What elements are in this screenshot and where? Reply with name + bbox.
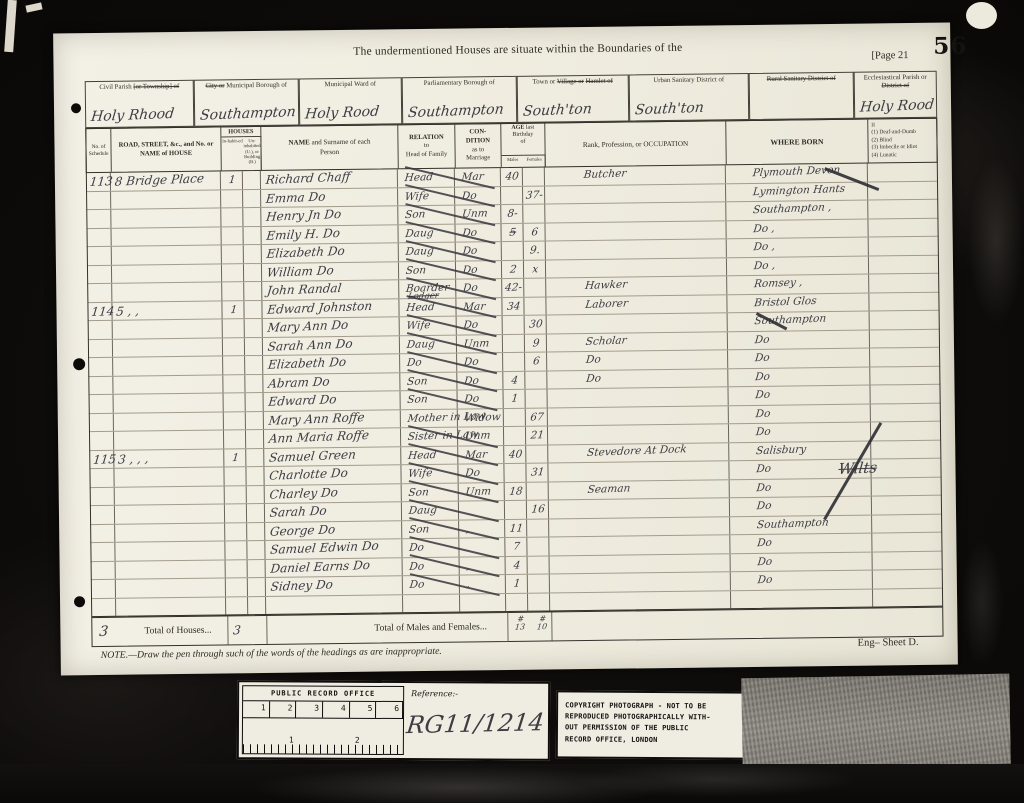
cell-am: 1 <box>506 575 528 593</box>
cell-uninhab <box>245 337 263 355</box>
total-males-females-label: Total of Males and Females... <box>374 622 487 633</box>
sheet-number-stamp: 56 <box>933 32 967 59</box>
cell-uninhab <box>246 430 264 448</box>
footnote: NOTE.—Draw the pen through such of the w… <box>101 646 442 661</box>
cell-am <box>504 427 526 445</box>
cell-road <box>113 356 223 375</box>
cell-uninhab <box>247 522 265 540</box>
pro-ruler-box: PUBLIC RECORD OFFICE 123456 1 2 <box>242 685 404 755</box>
ruler-number: 3 <box>296 701 323 717</box>
cell-sched <box>88 358 113 376</box>
cell-af <box>525 389 547 407</box>
district-box: Urban Sanitary District ofSouth'ton <box>629 73 750 121</box>
cell-text: 1 <box>221 171 244 187</box>
cell-uninhab <box>243 226 261 244</box>
cell-occ: Laborer <box>546 295 727 315</box>
cell-cond: Mar <box>455 168 501 186</box>
page-number-label: [Page 21 <box>871 50 908 61</box>
cell-af <box>528 574 550 592</box>
cell-text: 9. <box>524 241 547 257</box>
cell-am <box>506 593 528 611</box>
cell-cond: Unm <box>458 427 504 445</box>
cell-road <box>114 393 224 412</box>
cell-disab <box>872 514 942 532</box>
header-where-born: WHERE BORN <box>726 120 869 165</box>
cell-am: 42- <box>502 279 524 297</box>
cell-uninhab <box>247 485 265 503</box>
cell-sched <box>89 469 114 487</box>
cell-text: 40 <box>501 167 524 183</box>
cell-inhab <box>223 356 245 374</box>
cell-uninhab <box>248 578 266 596</box>
district-box-value: Holy Rood <box>304 104 380 123</box>
cell-af <box>524 278 546 296</box>
cell-uninhab <box>245 319 263 337</box>
cell-sched <box>91 580 116 598</box>
cell-cond: , <box>459 520 505 538</box>
cell-road <box>114 412 224 431</box>
cell-uninhab <box>245 374 263 392</box>
cell-cond: Do <box>457 372 503 390</box>
cell-rel <box>403 594 460 612</box>
punch-dot <box>74 596 85 607</box>
cell-text: 5 <box>502 223 525 239</box>
district-box-value: South'ton <box>522 101 592 120</box>
cell-sched <box>90 487 115 505</box>
cell-am <box>504 408 526 426</box>
totals-divider <box>507 612 551 641</box>
cell-uninhab <box>246 448 264 466</box>
cell-text: Do <box>456 259 503 276</box>
header-occupation: Rank, Profession, or OCCUPATION <box>545 121 727 166</box>
cell-text: 37- <box>523 185 546 201</box>
cell-af <box>528 593 550 611</box>
header-road: ROAD, STREET, &c., and No. or NAME of HO… <box>111 127 222 171</box>
district-box-value: Southampton <box>199 104 296 124</box>
cell-disab <box>868 181 938 199</box>
cell-uninhab <box>247 504 265 522</box>
copyright-stamp: COPYRIGHT PHOTOGRAPH - NOT TO BEREPRODUC… <box>556 690 746 759</box>
cell-sched <box>90 524 115 542</box>
cell-cond: Do <box>456 279 502 297</box>
cell-af: 30 <box>525 315 547 333</box>
cell-road <box>116 597 226 616</box>
cell-inhab <box>223 319 245 337</box>
cell-inhab <box>225 541 247 559</box>
cell-cond: Do <box>456 261 502 279</box>
header-females: Females <box>524 154 546 166</box>
cell-cond <box>460 594 506 612</box>
header-schedule: No. of Schedule <box>86 129 112 172</box>
cell-road <box>115 541 225 560</box>
cell-uninhab <box>244 245 262 263</box>
cell-text: 1 <box>506 574 529 590</box>
cell-disab <box>868 218 938 236</box>
table-body: 1138 Bridge Place1Richard ChaffHeadMar40… <box>53 23 950 34</box>
cell-af: 6 <box>525 352 547 370</box>
ruler-number: 5 <box>350 702 377 718</box>
cell-road: 8 Bridge Place <box>111 171 221 190</box>
form-title: The undermentioned Houses are situate wi… <box>353 42 682 58</box>
cell-af <box>527 482 549 500</box>
cell-occ <box>545 202 726 222</box>
cell-road <box>111 227 221 246</box>
cell-sched <box>88 376 113 394</box>
cell-text: Do <box>459 463 506 480</box>
cell-road <box>115 504 225 523</box>
cell-road <box>112 245 222 264</box>
punch-dot <box>73 358 85 370</box>
cell-text: , <box>460 574 507 591</box>
cell-text: 114 <box>88 302 114 319</box>
cell-disab <box>873 570 943 588</box>
cell-inhab: 1 <box>224 449 246 467</box>
cell-text: 40 <box>504 445 527 461</box>
district-box-label: Urban Sanitary District of <box>630 74 748 86</box>
cell-inhab <box>224 412 246 430</box>
cell-af: 6 <box>523 223 545 241</box>
cell-occ <box>549 498 730 518</box>
district-box-label: Town or Village or Hamlet of <box>518 75 628 87</box>
cell-text: 1 <box>224 448 247 464</box>
ruler-ticks: 1 2 <box>243 731 403 754</box>
cell-name <box>266 595 403 614</box>
cell-am: 2 <box>502 260 524 278</box>
cell-text: Do <box>457 352 504 369</box>
cell-text: 34 <box>503 297 526 313</box>
cell-cond: Widow <box>458 409 504 427</box>
cell-cond: , <box>460 557 506 575</box>
totals-schedule-count: 3 <box>99 624 110 640</box>
cell-am <box>501 186 523 204</box>
cell-cond <box>459 538 505 556</box>
cell-inhab <box>224 467 246 485</box>
cell-inhab <box>225 523 247 541</box>
district-box-value: Southampton <box>407 102 504 122</box>
cell-af: 16 <box>527 500 549 518</box>
cell-af: 67 <box>526 408 548 426</box>
cell-text: 8- <box>501 204 524 220</box>
district-box: Ecclesiastical Parish or District ofHoly… <box>854 71 938 119</box>
cell-am <box>503 334 525 352</box>
cell-uninhab <box>246 411 264 429</box>
cell-sched <box>87 284 112 302</box>
cell-af <box>527 537 549 555</box>
cell-text: Unm <box>459 481 506 498</box>
cell-sched <box>87 247 112 265</box>
cell-am: 40 <box>501 168 523 186</box>
cell-occ: Butcher <box>545 165 726 185</box>
cell-af: 31 <box>526 463 548 481</box>
cell-sched <box>87 265 112 283</box>
header-inhabited: In-habit-ed <box>221 136 243 170</box>
cell-text: Do <box>456 222 503 239</box>
cell-uninhab <box>248 596 266 614</box>
ruler-sub-number: 2 <box>355 736 360 745</box>
cell-af: 9. <box>524 242 546 260</box>
totals-divider <box>227 616 267 644</box>
cell-am: 18 <box>505 482 527 500</box>
cell-text: 115 <box>89 450 115 467</box>
cell-cond: Do <box>458 390 504 408</box>
district-box-label: Rural Sanitary District of <box>750 73 853 85</box>
cell-text: 1 <box>223 300 246 316</box>
cell-am: 40 <box>504 445 526 463</box>
cell-rel: Son <box>401 391 458 409</box>
cell-road <box>113 375 223 394</box>
cell-inhab <box>221 227 243 245</box>
cell-uninhab <box>243 171 261 189</box>
cell-disab <box>872 533 942 551</box>
cell-text: 4 <box>506 556 529 572</box>
scan-paper-sliver <box>4 0 17 52</box>
ruler-number: 1 <box>243 701 270 717</box>
cell-occ: Seaman <box>549 480 730 500</box>
cell-disab <box>869 255 939 273</box>
cell-am <box>504 464 526 482</box>
cell-am: 11 <box>505 519 527 537</box>
cell-disab <box>871 403 941 421</box>
ruler-number: 6 <box>376 702 403 718</box>
cell-occ <box>548 406 729 426</box>
cell-text: Unm <box>457 333 504 350</box>
cell-road <box>113 338 223 357</box>
cell-inhab <box>221 208 243 226</box>
cell-inhab: 1 <box>222 301 244 319</box>
cell-disab <box>870 366 940 384</box>
cell-disab <box>869 237 939 255</box>
cell-occ <box>550 572 731 592</box>
cell-sched <box>91 598 116 616</box>
cell-disab <box>868 200 938 218</box>
cell-occ <box>545 221 726 241</box>
cell-text: 21 <box>526 426 549 442</box>
cell-text: Do <box>457 315 504 332</box>
ruler-number: 4 <box>323 702 350 718</box>
cell-road <box>115 523 225 542</box>
district-box-label: Ecclesiastical Parish or District of <box>855 72 936 92</box>
cell-cond: Unm <box>457 335 503 353</box>
cell-text: , <box>460 555 507 572</box>
punch-dot <box>71 103 81 113</box>
cell-uninhab <box>245 356 263 374</box>
cell-inhab <box>225 504 247 522</box>
cell-occ: Do <box>547 369 728 389</box>
reference-label: Reference:- <box>411 689 458 698</box>
cell-born: Do <box>731 571 873 590</box>
cell-disab <box>871 440 941 458</box>
cell-uninhab <box>246 393 264 411</box>
cell-sched: 113 <box>86 173 111 191</box>
cell-sched <box>89 432 114 450</box>
cell-text: , <box>459 518 506 535</box>
cell-uninhab <box>243 189 261 207</box>
cell-am: 8- <box>501 205 523 223</box>
cell-sched <box>90 506 115 524</box>
cell-cond: Mar <box>456 298 502 316</box>
cell-sched: 114 <box>87 302 112 320</box>
cell-cond: Do <box>455 224 501 242</box>
cell-road <box>115 486 225 505</box>
cell-af: 9 <box>525 334 547 352</box>
cell-af <box>523 205 545 223</box>
cell-af <box>523 168 545 186</box>
cell-sched <box>89 395 114 413</box>
cell-cond: Unm <box>459 483 505 501</box>
cell-inhab <box>224 393 246 411</box>
cell-inhab: 1 <box>221 171 243 189</box>
header-name: NAME and Surname of eachPerson <box>261 125 399 170</box>
cell-am <box>505 501 527 519</box>
cell-am <box>503 353 525 371</box>
reference-value: RG11/1214 <box>405 708 546 739</box>
cell-disab <box>868 163 938 181</box>
cell-am: 4 <box>506 556 528 574</box>
cell-text: 16 <box>527 500 550 516</box>
district-box-label: Municipal Ward of <box>300 78 401 90</box>
cell-road <box>111 208 221 227</box>
cell-cond: Unm <box>455 205 501 223</box>
district-box-value: South'ton <box>634 100 704 119</box>
cell-text: 31 <box>527 463 550 479</box>
cell-text: 11 <box>505 519 528 535</box>
district-box-label: Parliamentary Borough of <box>403 77 516 89</box>
cell-text: Unm <box>455 204 502 221</box>
cell-text: 7 <box>505 537 528 553</box>
cell-cond: Do <box>455 187 501 205</box>
cell-text: 30 <box>525 315 548 331</box>
cell-text: 67 <box>526 407 549 423</box>
cell-disab <box>873 551 943 569</box>
header-disability: II(1) Deaf-and-Dumb(2) Blind(3) Imbecile… <box>868 119 939 163</box>
cell-sched <box>89 413 114 431</box>
district-box-label: City or Municipal Borough of <box>195 80 298 92</box>
cell-uninhab <box>246 467 264 485</box>
cell-inhab <box>222 264 244 282</box>
pro-stamp: PUBLIC RECORD OFFICE 123456 1 2 Referenc… <box>237 680 550 761</box>
total-houses-label: Total of Houses... <box>144 626 211 637</box>
cell-cond: Do <box>456 242 502 260</box>
cell-disab <box>870 311 940 329</box>
cell-disab <box>872 496 942 514</box>
ruler-numbers: 123456 <box>243 700 403 719</box>
census-sheet: 56 The undermentioned Houses are situate… <box>53 23 958 676</box>
cell-text: Mar <box>457 296 504 313</box>
cell-text: Mar <box>458 444 505 461</box>
cell-name: Sidney Do <box>266 576 403 595</box>
cell-cond: Do <box>457 316 503 334</box>
cell-disab <box>872 477 942 495</box>
district-box: Municipal Ward ofHoly Rood <box>299 77 403 125</box>
cell-text: 42- <box>502 278 525 294</box>
district-box: Parliamentary Borough ofSouthampton <box>402 76 518 124</box>
cell-sched <box>88 321 113 339</box>
cell-text: 3 , , , <box>114 446 225 466</box>
cell-am <box>503 316 525 334</box>
cell-text: Do <box>458 389 505 406</box>
cell-cond: , <box>460 575 506 593</box>
scan-grain-strip <box>741 674 1011 769</box>
cell-inhab <box>223 375 245 393</box>
cell-text: Widow <box>458 407 505 424</box>
cell-sched <box>88 339 113 357</box>
cell-road <box>116 560 226 579</box>
cell-am: 7 <box>505 538 527 556</box>
cell-text: Do <box>456 241 503 258</box>
cell-uninhab <box>244 263 262 281</box>
cell-inhab <box>226 578 248 596</box>
cell-occ <box>550 554 731 574</box>
district-box-value: Holy Rhood <box>90 106 175 125</box>
cell-occ <box>549 517 730 537</box>
cell-text: Do <box>457 370 504 387</box>
cell-af <box>525 371 547 389</box>
cell-occ <box>546 239 727 259</box>
cell-disab <box>869 292 939 310</box>
scan-bottom-texture <box>0 764 1024 803</box>
cell-af: 21 <box>526 426 548 444</box>
header-condition: CON-DITIONas toMarriage <box>455 124 502 168</box>
cell-disab <box>869 274 939 292</box>
cell-uninhab <box>247 541 265 559</box>
cell-text: 113 <box>86 172 112 189</box>
cell-uninhab <box>244 282 262 300</box>
cell-road <box>111 190 221 209</box>
cell-text: 8 Bridge Place <box>111 169 222 189</box>
cell-inhab <box>226 560 248 578</box>
cell-text: 4 <box>503 371 526 387</box>
district-box: Civil Parish [or Township] ofHoly Rhood <box>85 80 195 128</box>
cell-sched <box>86 191 111 209</box>
district-box: Town or Village or Hamlet ofSouth'ton <box>517 74 630 122</box>
cell-inhab <box>222 245 244 263</box>
header-uninhabited: Un-inhabited (U.), or Building (B.) <box>243 136 261 170</box>
cell-text: Mother in Law <box>401 408 459 425</box>
cell-text: x <box>524 259 547 275</box>
cell-born <box>731 589 873 608</box>
cell-text: 2 <box>502 260 525 276</box>
cell-occ <box>549 535 730 555</box>
cell-road <box>113 319 223 338</box>
scan-paper-sliver <box>25 2 42 12</box>
cell-text: Unm <box>458 426 505 443</box>
cell-am: 4 <box>503 371 525 389</box>
cell-disab: Wilts <box>871 459 941 477</box>
copyright-line: OUT PERMISSION OF THE PUBLIC <box>565 723 744 735</box>
cell-inhab <box>224 430 246 448</box>
cell-road: 5 , , <box>112 301 222 320</box>
header-males: Males <box>502 155 524 167</box>
cell-sched: 115 <box>89 450 114 468</box>
cell-inhab <box>225 486 247 504</box>
district-header-row: Civil Parish [or Township] ofHoly RhoodC… <box>53 23 950 34</box>
pro-title: PUBLIC RECORD OFFICE <box>243 686 403 698</box>
cell-inhab <box>223 338 245 356</box>
cell-rel: Do <box>403 576 460 594</box>
copyright-line: RECORD OFFICE, LONDON <box>565 734 744 746</box>
cell-sched <box>86 228 111 246</box>
cell-cond: Do <box>458 464 504 482</box>
cell-uninhab <box>244 300 262 318</box>
cell-am: 5 <box>501 223 523 241</box>
cell-am: 34 <box>502 297 524 315</box>
cell-text: Mar <box>455 167 502 184</box>
ruler-sub-number: 1 <box>289 735 294 744</box>
cell-am <box>502 242 524 260</box>
cell-cond <box>459 501 505 519</box>
cell-road <box>112 264 222 283</box>
cell-text: 18 <box>505 482 528 498</box>
